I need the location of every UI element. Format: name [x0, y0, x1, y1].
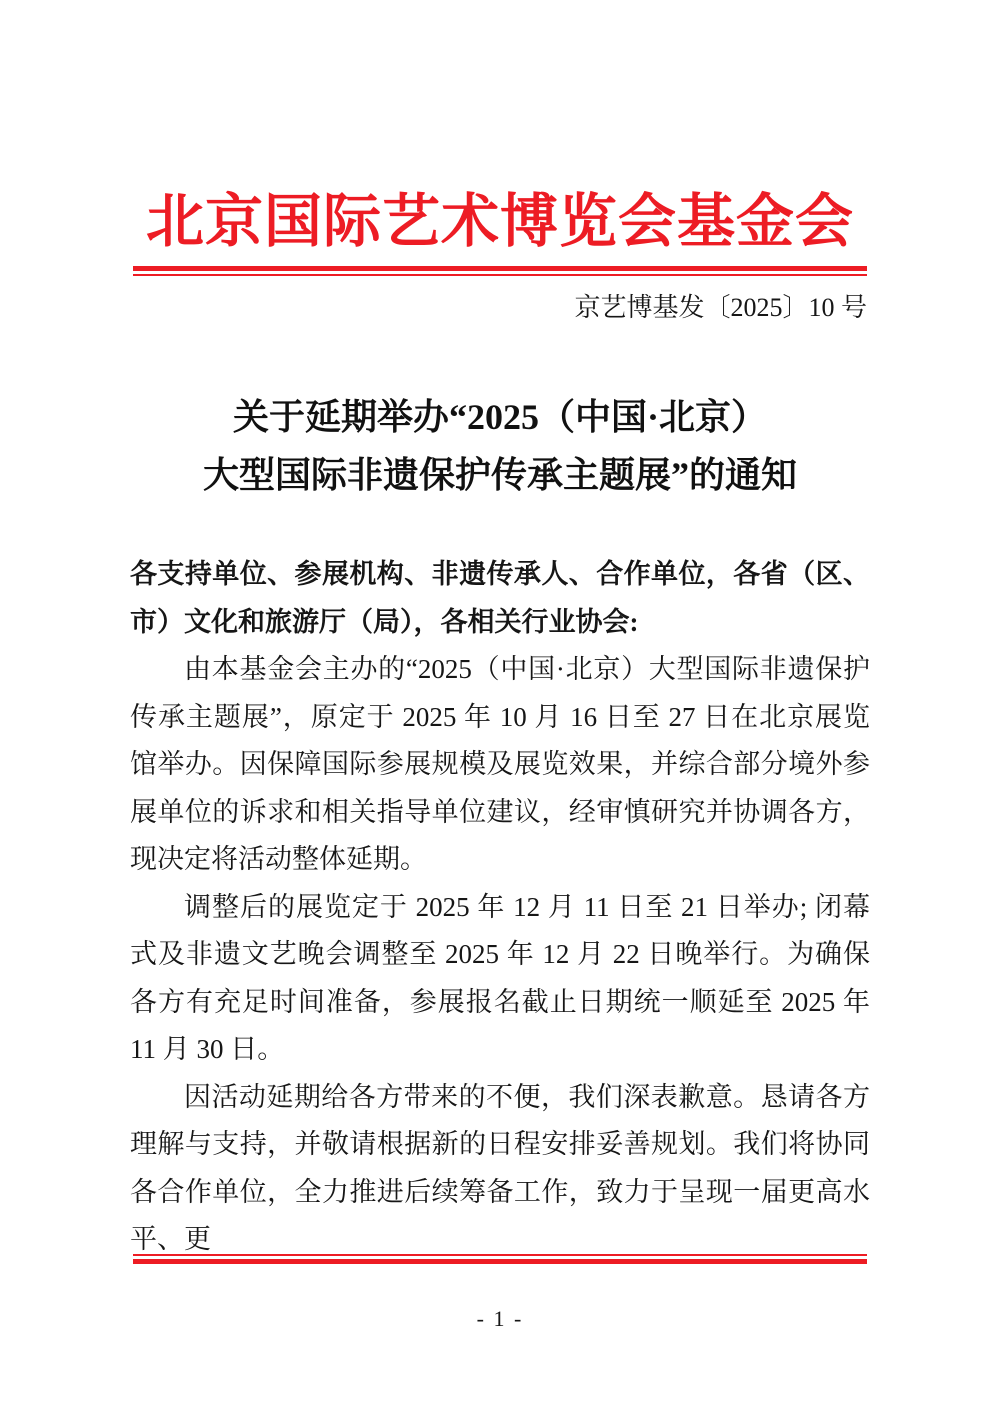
header-divider-thin-line: [133, 274, 867, 276]
footer-divider: [133, 1254, 867, 1264]
body-paragraph-1: 由本基金会主办的“2025（中国·北京）大型国际非遗保护传承主题展”，原定于 2…: [130, 646, 870, 884]
page-number: - 1 -: [0, 1306, 1000, 1332]
header-divider: [133, 266, 867, 276]
org-title: 北京国际艺术博览会基金会: [0, 186, 1000, 258]
document-page: 北京国际艺术博览会基金会 京艺博基发〔2025〕10 号 关于延期举办“2025…: [0, 0, 1000, 1414]
notice-body: 各支持单位、参展机构、非遗传承人、合作单位，各省（区、市）文化和旅游厅（局），各…: [130, 551, 870, 1264]
footer-divider-thick-line: [133, 1259, 867, 1264]
notice-title: 关于延期举办“2025（中国·北京） 大型国际非遗保护传承主题展”的通知: [0, 388, 1000, 504]
notice-title-line-1: 关于延期举办“2025（中国·北京）: [233, 397, 767, 437]
body-paragraph-2: 调整后的展览定于 2025 年 12 月 11 日至 21 日举办; 闭幕式及非…: [130, 884, 870, 1074]
doc-number: 京艺博基发〔2025〕10 号: [574, 291, 867, 325]
notice-title-line-2: 大型国际非遗保护传承主题展”的通知: [203, 455, 797, 495]
body-paragraph-3: 因活动延期给各方带来的不便，我们深表歉意。恳请各方理解与支持，并敬请根据新的日程…: [130, 1074, 870, 1264]
salutation: 各支持单位、参展机构、非遗传承人、合作单位，各省（区、市）文化和旅游厅（局），各…: [130, 551, 870, 646]
